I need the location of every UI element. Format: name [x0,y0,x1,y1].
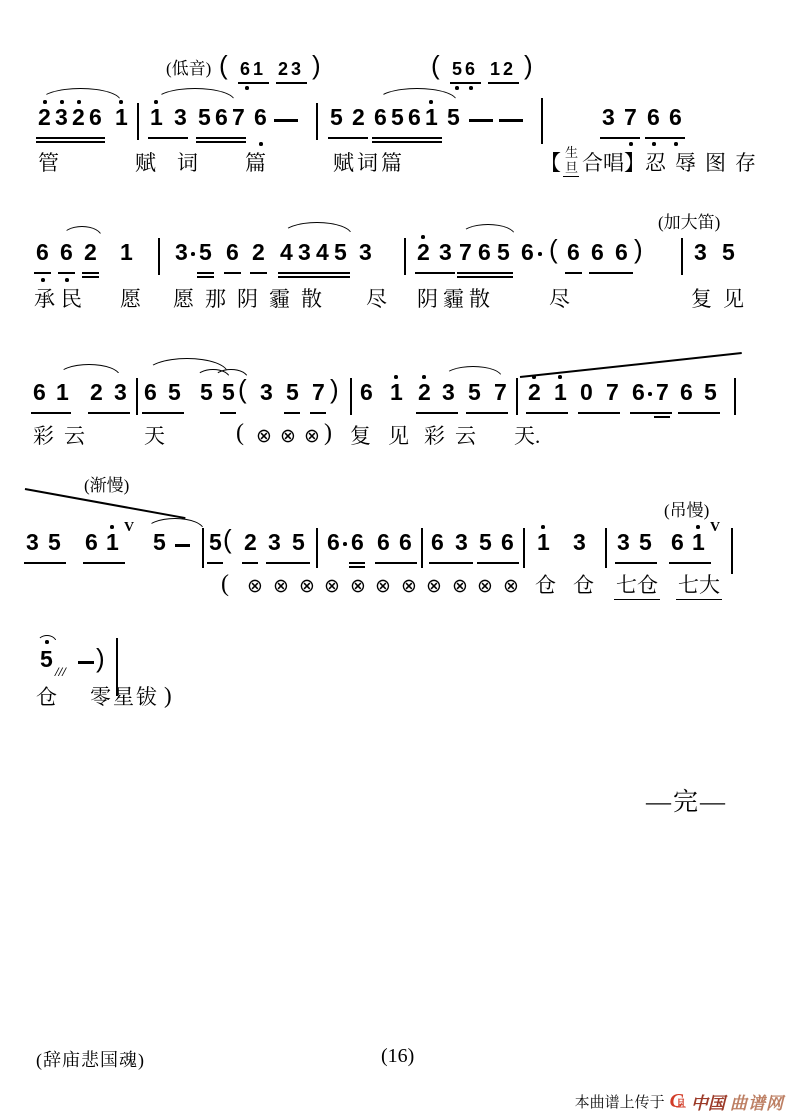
beam-underline [429,562,473,564]
grace-note-digit: 12 [490,60,516,78]
tempo-annotation: (渐慢) [84,477,129,494]
end-mark: —完— [646,782,727,818]
parenthesis: ( [219,52,228,78]
note-digit: 5 [704,381,717,404]
octave-dot [532,375,536,379]
note-digit: 3 [175,241,188,264]
percussion-symbol: ⊗ [273,577,289,596]
beam-underline [142,412,184,414]
note-digit: 7 [459,241,472,264]
percussion-symbol: ⊗ [375,577,391,596]
octave-dot [422,375,426,379]
barline [516,378,518,415]
percussion-symbol: ⊗ [503,577,519,596]
uploader-watermark: 本曲谱上传于 C 且 中国 曲谱网 [575,1089,784,1114]
note-digit: 6 [36,241,49,264]
beam-underline [31,412,71,414]
tremolo-marks: /// [55,665,66,678]
logo-ju-glyph: 且 [676,1095,686,1110]
percussion-symbol: ⊗ [401,577,417,596]
beam-underline [82,272,99,274]
beam-underline [349,562,365,564]
beam-underline [563,176,579,177]
barline [350,378,352,415]
lyric-text: 七仓 [616,575,658,596]
lyric-text: 复 [691,289,712,310]
beam-underline [372,141,442,143]
lyric-text: 彩云 [33,426,95,447]
octave-dot [674,142,678,146]
note-digit: 7 [494,381,507,404]
beam-underline [83,562,125,564]
note-digit: 5 [479,531,492,554]
note-digit: 2 [418,381,431,404]
lyric-text: 彩云 [424,426,486,447]
octave-dot [110,525,114,529]
beam-underline [284,412,300,414]
grace-note-digit: 23 [278,60,304,78]
barline [316,103,318,140]
note-digit: 3 [617,531,630,554]
barline [421,528,423,568]
score-text: ) [324,421,332,445]
note-digit: 3 [439,241,452,264]
barline [136,378,138,415]
lyric-text: 仓 [36,687,57,708]
note-digit: 4 [316,241,329,264]
tempo-annotation: (吊慢) [664,502,709,519]
note-digit: 3 [26,531,39,554]
note-digit: 6 [647,106,660,129]
note-digit: 3 [114,381,127,404]
note-digit: 5 [209,531,222,554]
slur-arc [282,222,352,235]
note-digit: 1 [56,381,69,404]
beam-underline [196,137,246,139]
octave-dot [191,252,195,256]
score-text: ( [221,572,229,596]
lyric-text: 阴霾散 [417,289,495,310]
lyric-text: 天. [514,426,540,447]
note-digit: 6 [671,531,684,554]
beam-underline [457,276,513,278]
percussion-symbol: ⊗ [452,577,468,596]
note-digit: 6 [226,241,239,264]
note-digit: 2 [90,381,103,404]
note-digit: 6 [501,531,514,554]
beam-underline [615,562,657,564]
lyric-text: 七大 [678,575,720,596]
beam-underline [197,276,214,278]
percussion-symbol: ⊗ [247,577,263,596]
parenthesis: ) [634,236,643,262]
beam-underline [82,276,99,278]
beam-underline [645,137,685,139]
parenthesis: ( [549,236,558,262]
note-digit: 2 [352,106,365,129]
note-digit: 4 [280,241,293,264]
note-digit: 6 [360,381,373,404]
lyric-text: 篇 [245,153,266,174]
beam-underline [416,412,458,414]
beam-underline [614,599,660,600]
breath-mark: V [710,521,720,535]
slur-arc [155,88,235,101]
beam-underline [207,562,223,564]
beam-underline [526,412,568,414]
uploader-text: 本曲谱上传于 [575,1091,665,1112]
note-digit: 1 [425,106,438,129]
barline [202,528,204,568]
slur-arc [58,364,120,376]
beam-underline [220,412,236,414]
tempo-annotation: (低音) [166,60,211,77]
note-digit: 6 [567,241,580,264]
note-digit: 5 [286,381,299,404]
note-digit: 5 [722,241,735,264]
beam-underline [654,416,670,418]
beam-underline [250,272,267,274]
beam-underline [372,137,442,139]
percussion-symbol: ⊗ [324,577,340,596]
barline [523,528,525,568]
beam-underline [238,82,269,84]
note-digit: 3 [442,381,455,404]
score-text: ) [164,684,172,707]
barline [734,378,736,415]
octave-dot [259,142,263,146]
beam-underline [565,272,582,274]
note-digit: 2 [38,106,51,129]
note-digit: 6 [431,531,444,554]
note-digit: 6 [591,241,604,264]
note-digit: 3 [260,381,273,404]
note-digit: 3 [174,106,187,129]
note-digit: 1 [120,241,133,264]
dash [499,119,523,122]
percussion-symbol: ⊗ [477,577,493,596]
octave-dot [343,542,347,546]
barline [404,238,406,275]
beam-underline [488,82,519,84]
octave-dot [394,375,398,379]
note-digit: 6 [89,106,102,129]
lyric-text: 管 [38,153,59,174]
note-digit: 3 [298,241,311,264]
beam-underline [197,272,214,274]
note-digit: 1 [115,106,128,129]
lyric-text: 愿 [120,289,141,310]
lyric-text: 天 [144,426,165,447]
note-digit: 5 [468,381,481,404]
note-digit: 5 [40,648,53,671]
dash [274,119,298,122]
note-digit: 5 [222,381,235,404]
note-digit: 5 [48,531,61,554]
brand-name-site: 曲谱网 [730,1089,784,1114]
note-digit: 1 [390,381,403,404]
percussion-symbol: ⊗ [299,577,315,596]
note-digit: 5 [391,106,404,129]
octave-dot [696,525,700,529]
beam-underline [278,272,350,274]
beam-underline [266,562,310,564]
percussion-symbol: ⊗ [350,577,366,596]
note-digit: 5 [198,106,211,129]
lyric-text: 尽 [366,289,387,310]
beam-underline [669,562,711,564]
lyric-text: 愿那阴霾散 [173,289,333,310]
note-digit: 3 [359,241,372,264]
barline [681,238,683,275]
note-digit: 3 [573,531,586,554]
note-digit: 5 [168,381,181,404]
beam-underline [224,272,241,274]
footer-song-title: (辞庙悲国魂) [36,1046,145,1072]
percussion-symbol: ⊗ [280,427,296,446]
note-digit: 6 [374,106,387,129]
octave-dot [41,278,45,282]
lyric-text: 仓 [573,575,594,596]
beam-underline [36,141,105,143]
barline [541,98,543,144]
octave-dot [119,100,123,104]
beam-underline [678,412,720,414]
barline [605,528,607,568]
beam-underline [34,272,51,274]
parenthesis: ( [223,526,232,552]
note-digit: 2 [528,381,541,404]
grace-note-digit: 61 [240,60,266,78]
octave-dot [60,100,64,104]
note-digit: 6 [144,381,157,404]
note-digit: 5 [497,241,510,264]
beam-underline [36,137,105,139]
octave-dot [629,142,633,146]
beam-underline [600,137,640,139]
note-digit: 5 [153,531,166,554]
beam-underline [477,562,519,564]
note-digit: 1 [554,381,567,404]
note-digit: 6 [478,241,491,264]
note-digit: 6 [615,241,628,264]
note-digit: 3 [455,531,468,554]
octave-dot [421,235,425,239]
note-digit: 6 [669,106,682,129]
note-digit: 5 [334,241,347,264]
parenthesis: ( [238,376,247,402]
beam-underline [148,137,188,139]
note-digit: 5 [447,106,460,129]
note-digit: 5 [200,381,213,404]
note-digit: 1 [537,531,550,554]
lyric-text: 复 [350,426,371,447]
octave-dot [648,392,652,396]
beam-underline [310,412,326,414]
note-digit: 3 [268,531,281,554]
note-digit: 2 [72,106,85,129]
beam-underline [578,412,620,414]
octave-dot [65,278,69,282]
slur-arc [40,88,121,101]
note-digit: 6 [254,106,267,129]
dash [175,544,190,547]
barline [316,528,318,568]
note-digit: 2 [417,241,430,264]
note-digit: 7 [606,381,619,404]
score-text: 旦 [565,161,578,174]
beam-underline [375,562,417,564]
grace-note-digit: 56 [452,60,478,78]
parenthesis: ( [431,52,440,78]
tempo-annotation: (加大笛) [658,214,720,231]
note-digit: 6 [521,241,534,264]
score-text: ( [236,421,244,445]
lyric-text: 零星钹 [90,687,159,708]
beam-underline [24,562,66,564]
barline [731,528,733,574]
lyric-text: 尽 [549,289,570,310]
beam-underline [466,412,508,414]
percussion-symbol: ⊗ [256,427,272,446]
slur-arc [461,224,515,235]
note-digit: 0 [580,381,593,404]
dash [78,661,94,664]
note-digit: 2 [244,531,257,554]
percussion-symbol: ⊗ [304,427,320,446]
slur-arc [62,226,102,237]
octave-dot [652,142,656,146]
beam-underline [242,562,258,564]
beam-underline [450,82,481,84]
octave-dot [538,252,542,256]
lyric-text: 【 [540,153,561,174]
parenthesis: ) [330,376,339,402]
beam-underline [276,82,307,84]
lyric-text: 赋 [135,153,156,174]
note-digit: 6 [399,531,412,554]
parenthesis: ) [312,52,321,78]
lyric-text: 仓 [535,575,556,596]
slur-line [520,352,742,378]
note-digit: 6 [33,381,46,404]
octave-dot [541,525,545,529]
breath-mark: V [124,521,134,535]
note-digit: 6 [215,106,228,129]
octave-dot [154,100,158,104]
note-digit: 7 [624,106,637,129]
barline [137,103,139,140]
slur-arc [444,366,502,377]
beam-underline [630,412,672,414]
beam-underline [58,272,75,274]
barline [158,238,160,275]
note-digit: 6 [680,381,693,404]
beam-underline [278,276,350,278]
note-digit: 6 [351,531,364,554]
note-digit: 1 [692,531,705,554]
octave-dot [455,86,459,90]
octave-dot [429,100,433,104]
note-digit: 2 [84,241,97,264]
note-digit: 5 [330,106,343,129]
beam-underline [676,599,722,600]
percussion-symbol: ⊗ [426,577,442,596]
qupu-logo-icon: C 且 [670,1090,686,1113]
note-digit: 3 [55,106,68,129]
note-digit: 5 [292,531,305,554]
parenthesis: ) [524,52,533,78]
note-digit: 3 [694,241,707,264]
lyric-text: 承民 [34,289,88,310]
footer-page-number: (16) [381,1045,414,1068]
beam-underline [88,412,130,414]
beam-underline [196,141,246,143]
note-digit: 6 [85,531,98,554]
octave-dot [245,86,249,90]
octave-dot [469,86,473,90]
lyric-text: 忍辱图存 [645,153,765,174]
lyric-text: 见 [723,289,744,310]
lyric-text: 合唱】 [582,153,645,174]
note-digit: 7 [312,381,325,404]
note-digit: 6 [632,381,645,404]
lyric-text: 赋词篇 [333,153,405,174]
note-digit: 6 [60,241,73,264]
octave-dot [43,100,47,104]
note-digit: 6 [327,531,340,554]
note-digit: 3 [602,106,615,129]
beam-underline [349,566,365,568]
note-digit: 5 [639,531,652,554]
sheet-page: (低音)(6123)(5612)2326113567652656153766管赋… [0,0,790,1119]
slur-arc [377,88,457,101]
beam-underline [328,137,368,139]
note-digit: 7 [232,106,245,129]
fermata-dot [45,640,49,644]
score-text: 生 [565,146,578,159]
octave-dot [77,100,81,104]
beam-underline [415,272,455,274]
parenthesis: ) [96,645,105,671]
lyric-text: 词 [177,153,198,174]
note-digit: 6 [377,531,390,554]
brand-name-cn: 中国 [691,1089,725,1114]
note-digit: 1 [106,531,119,554]
lyric-text: 见 [388,426,409,447]
beam-underline [589,272,633,274]
note-digit: 7 [656,381,669,404]
note-digit: 1 [150,106,163,129]
dash [469,119,493,122]
octave-dot [558,375,562,379]
note-digit: 2 [252,241,265,264]
beam-underline [457,272,513,274]
note-digit: 6 [408,106,421,129]
note-digit: 5 [199,241,212,264]
